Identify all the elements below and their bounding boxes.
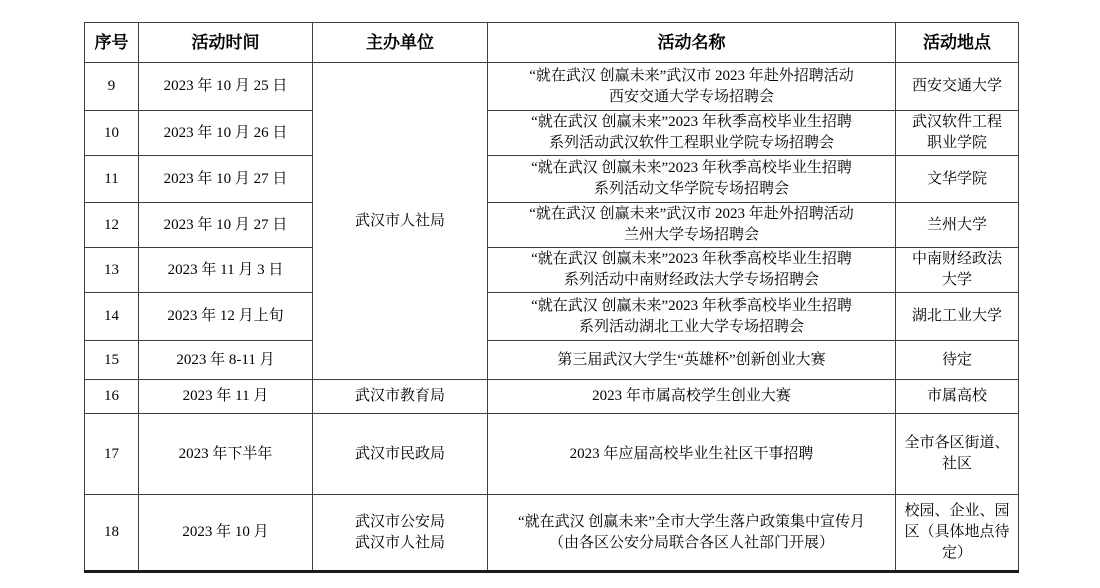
cell-organizer: 武汉市民政局 (313, 414, 488, 495)
table-row: 142023 年 12 月上旬“就在武汉 创赢未来”2023 年秋季高校毕业生招… (85, 293, 1019, 341)
cell-location: 市属高校 (896, 380, 1019, 414)
header-row: 序号活动时间主办单位活动名称活动地点 (85, 23, 1019, 63)
cell-location: 校园、企业、园 区（具体地点待 定） (896, 495, 1019, 572)
table-row: 182023 年 10 月武汉市公安局 武汉市人社局“就在武汉 创赢未来”全市大… (85, 495, 1019, 572)
cell-location: 兰州大学 (896, 203, 1019, 248)
cell-name: 2023 年市属高校学生创业大赛 (488, 380, 896, 414)
column-header-0: 序号 (85, 23, 139, 63)
cell-index: 16 (85, 380, 139, 414)
cell-location: 待定 (896, 341, 1019, 380)
cell-organizer: 武汉市教育局 (313, 380, 488, 414)
cell-index: 17 (85, 414, 139, 495)
cell-name: “就在武汉 创赢未来”武汉市 2023 年赴外招聘活动 西安交通大学专场招聘会 (488, 63, 896, 111)
table-row: 152023 年 8-11 月第三届武汉大学生“英雄杯”创新创业大赛待定 (85, 341, 1019, 380)
cell-index: 18 (85, 495, 139, 572)
cell-index: 11 (85, 156, 139, 203)
cell-organizer: 武汉市人社局 (313, 63, 488, 380)
cell-name: 第三届武汉大学生“英雄杯”创新创业大赛 (488, 341, 896, 380)
table-header: 序号活动时间主办单位活动名称活动地点 (85, 23, 1019, 63)
cell-location: 文华学院 (896, 156, 1019, 203)
cell-index: 15 (85, 341, 139, 380)
cell-time: 2023 年 10 月 (139, 495, 313, 572)
cell-index: 12 (85, 203, 139, 248)
cell-location: 湖北工业大学 (896, 293, 1019, 341)
table-row: 122023 年 10 月 27 日“就在武汉 创赢未来”武汉市 2023 年赴… (85, 203, 1019, 248)
cell-time: 2023 年 12 月上旬 (139, 293, 313, 341)
cell-location: 中南财经政法 大学 (896, 248, 1019, 293)
cell-index: 14 (85, 293, 139, 341)
cell-time: 2023 年 8-11 月 (139, 341, 313, 380)
cell-name: “就在武汉 创赢未来”全市大学生落户政策集中宣传月 （由各区公安分局联合各区人社… (488, 495, 896, 572)
cell-name: “就在武汉 创赢未来”2023 年秋季高校毕业生招聘 系列活动武汉软件工程职业学… (488, 111, 896, 156)
cell-index: 9 (85, 63, 139, 111)
table-row: 172023 年下半年武汉市民政局2023 年应届高校毕业生社区干事招聘全市各区… (85, 414, 1019, 495)
table-row: 132023 年 11 月 3 日“就在武汉 创赢未来”2023 年秋季高校毕业… (85, 248, 1019, 293)
cell-name: “就在武汉 创赢未来”武汉市 2023 年赴外招聘活动 兰州大学专场招聘会 (488, 203, 896, 248)
cell-location: 武汉软件工程 职业学院 (896, 111, 1019, 156)
cell-name: “就在武汉 创赢未来”2023 年秋季高校毕业生招聘 系列活动湖北工业大学专场招… (488, 293, 896, 341)
cell-location: 全市各区街道、 社区 (896, 414, 1019, 495)
table-row: 92023 年 10 月 25 日武汉市人社局“就在武汉 创赢未来”武汉市 20… (85, 63, 1019, 111)
cell-time: 2023 年 11 月 (139, 380, 313, 414)
cell-name: “就在武汉 创赢未来”2023 年秋季高校毕业生招聘 系列活动中南财经政法大学专… (488, 248, 896, 293)
cell-time: 2023 年下半年 (139, 414, 313, 495)
cell-time: 2023 年 11 月 3 日 (139, 248, 313, 293)
cell-time: 2023 年 10 月 27 日 (139, 156, 313, 203)
cell-time: 2023 年 10 月 25 日 (139, 63, 313, 111)
cell-name: 2023 年应届高校毕业生社区干事招聘 (488, 414, 896, 495)
cell-time: 2023 年 10 月 27 日 (139, 203, 313, 248)
cell-time: 2023 年 10 月 26 日 (139, 111, 313, 156)
activities-table: 序号活动时间主办单位活动名称活动地点 92023 年 10 月 25 日武汉市人… (84, 22, 1019, 573)
cell-name: “就在武汉 创赢未来”2023 年秋季高校毕业生招聘 系列活动文华学院专场招聘会 (488, 156, 896, 203)
column-header-3: 活动名称 (488, 23, 896, 63)
table-row: 112023 年 10 月 27 日“就在武汉 创赢未来”2023 年秋季高校毕… (85, 156, 1019, 203)
table-row: 102023 年 10 月 26 日“就在武汉 创赢未来”2023 年秋季高校毕… (85, 111, 1019, 156)
cell-index: 10 (85, 111, 139, 156)
cell-organizer: 武汉市公安局 武汉市人社局 (313, 495, 488, 572)
page: 序号活动时间主办单位活动名称活动地点 92023 年 10 月 25 日武汉市人… (0, 0, 1100, 588)
column-header-4: 活动地点 (896, 23, 1019, 63)
table-row: 162023 年 11 月武汉市教育局2023 年市属高校学生创业大赛市属高校 (85, 380, 1019, 414)
column-header-2: 主办单位 (313, 23, 488, 63)
cell-index: 13 (85, 248, 139, 293)
column-header-1: 活动时间 (139, 23, 313, 63)
cell-location: 西安交通大学 (896, 63, 1019, 111)
